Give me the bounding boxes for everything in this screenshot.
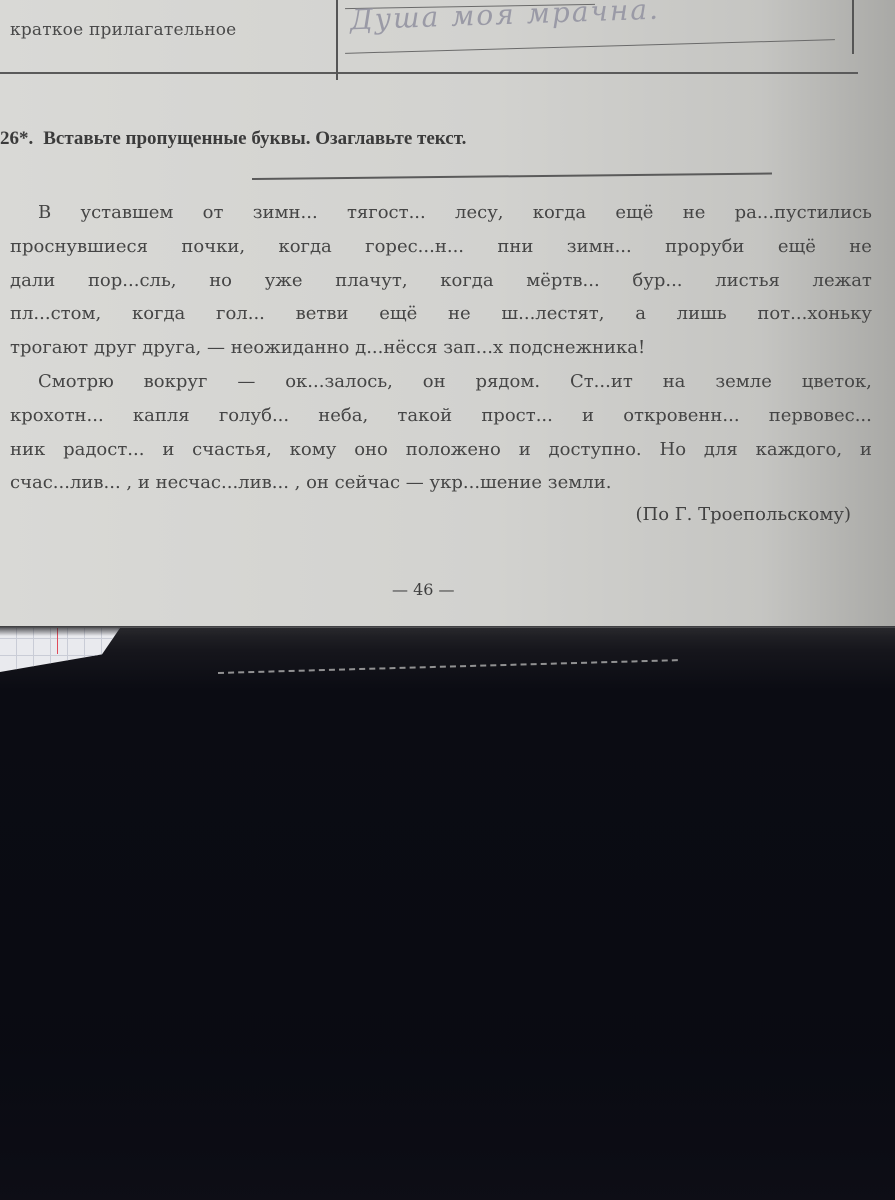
text-word: когда (278, 230, 331, 264)
text-word: почки, (181, 230, 245, 264)
text-word: проруби (665, 230, 744, 264)
text-word: когда (132, 297, 185, 331)
text-word: пл...стом, (10, 297, 101, 331)
handwritten-answer: Душа моя мрачна. (350, 0, 661, 36)
text-word: крохотн... (10, 399, 104, 433)
text-paragraph: Вуставшемотзимн...тягост...лесу,когдаещё… (10, 196, 872, 365)
text-line: Смотрювокруг—ок...залось,онрядом.Ст...ит… (10, 365, 872, 399)
text-word: каждого, (756, 433, 842, 467)
fabric-shadow (0, 1040, 895, 1200)
text-word: тягост... (347, 196, 426, 230)
text-line: Вуставшемотзимн...тягост...лесу,когдаещё… (10, 196, 872, 230)
text-word: пот...хоньку (757, 297, 872, 331)
text-word: голуб... (219, 399, 289, 433)
text-word: положено (406, 433, 501, 467)
text-word: а (635, 297, 646, 331)
table-right-border (852, 0, 854, 54)
text-word: мёртв... (526, 264, 599, 298)
title-answer-line (252, 173, 772, 180)
text-word: зимн... (253, 196, 318, 230)
text-word: радост... (63, 433, 144, 467)
text-word: пор...сль, (88, 264, 177, 298)
text-line: далипор...сль,ноужеплачут,когдамёртв...б… (10, 264, 872, 298)
text-word: первовес... (769, 399, 872, 433)
text-word: ра...пустились (735, 196, 872, 230)
text-word: вокруг (144, 365, 208, 399)
text-word: но (209, 264, 232, 298)
text-word: от (203, 196, 224, 230)
page-edge-shadow (0, 626, 895, 636)
answer-line (345, 39, 835, 54)
text-word: ещё (615, 196, 653, 230)
text-word: он (423, 365, 446, 399)
text-word: и (860, 433, 872, 467)
text-word: уставшем (81, 196, 174, 230)
text-word: рядом. (476, 365, 541, 399)
table-row-label: краткое прилагательное (10, 20, 236, 40)
text-word: и (162, 433, 174, 467)
text-line: пл...стом,когдагол...ветвиещёнеш...лестя… (10, 297, 872, 331)
text-word: не (683, 196, 706, 230)
text-word: горес...н... (365, 230, 464, 264)
text-word: прост... (481, 399, 553, 433)
text-word: когда (440, 264, 493, 298)
text-word: плачут, (335, 264, 407, 298)
page-number: — 46 — (392, 580, 455, 599)
text-paragraph: Смотрювокруг—ок...залось,онрядом.Ст...ит… (10, 365, 872, 500)
text-word: на (663, 365, 686, 399)
text-word: цветок, (802, 365, 872, 399)
exercise-text: Вуставшемотзимн...тягост...лесу,когдаещё… (10, 196, 872, 500)
text-word: когда (533, 196, 586, 230)
text-word: счастья, (192, 433, 272, 467)
text-word: такой (397, 399, 452, 433)
text-word: — (237, 365, 255, 399)
text-word: ок...залось, (285, 365, 393, 399)
text-word: и (582, 399, 594, 433)
grammar-table-fragment: прилагательное краткое прилагательное Ду… (0, 0, 858, 74)
text-word: гол... (216, 297, 265, 331)
text-word: ветви (296, 297, 349, 331)
text-word: В (38, 196, 51, 230)
text-word: ещё (778, 230, 816, 264)
text-line: счас...лив... , и несчас...лив... , он с… (10, 466, 872, 500)
text-word: ник (10, 433, 45, 467)
text-word: земле (715, 365, 772, 399)
text-word: Ст...ит (570, 365, 633, 399)
text-word: Смотрю (38, 365, 114, 399)
text-word: Но (660, 433, 687, 467)
text-word: ещё (379, 297, 417, 331)
text-word: оно (354, 433, 388, 467)
text-word: кому (290, 433, 337, 467)
text-attribution: (По Г. Троепольскому) (635, 504, 851, 525)
text-word: дали (10, 264, 55, 298)
text-line: проснувшиесяпочки,когдагорес...н...пнизи… (10, 230, 872, 264)
exercise-number: 26*. (0, 128, 33, 149)
text-word: лесу, (455, 196, 503, 230)
text-word: листья (715, 264, 780, 298)
text-word: неба, (318, 399, 368, 433)
text-word: не (849, 230, 872, 264)
text-word: не (448, 297, 471, 331)
text-word: пни (497, 230, 533, 264)
text-line: никрадост...исчастья,комуоноположеноидос… (10, 433, 872, 467)
text-line: трогают друг друга, — неожиданно д...нёс… (10, 331, 872, 365)
table-column-divider (336, 0, 338, 80)
text-word: капля (133, 399, 190, 433)
text-word: для (704, 433, 738, 467)
text-word: откровенн... (623, 399, 739, 433)
text-word: проснувшиеся (10, 230, 148, 264)
exercise-instruction: Вставьте пропущенные буквы. Озаглавьте т… (43, 128, 466, 149)
text-word: и (519, 433, 531, 467)
text-word: бур... (632, 264, 682, 298)
text-word: лишь (677, 297, 727, 331)
text-word: зимн... (567, 230, 632, 264)
text-word: доступно. (549, 433, 642, 467)
text-line: крохотн...капляголуб...неба,такойпрост..… (10, 399, 872, 433)
text-word: уже (265, 264, 303, 298)
exercise-heading: 26*.Вставьте пропущенные буквы. Озаглавь… (0, 128, 466, 150)
text-word: ш...лестят, (501, 297, 604, 331)
textbook-page: прилагательное краткое прилагательное Ду… (0, 0, 895, 628)
text-word: лежат (813, 264, 872, 298)
